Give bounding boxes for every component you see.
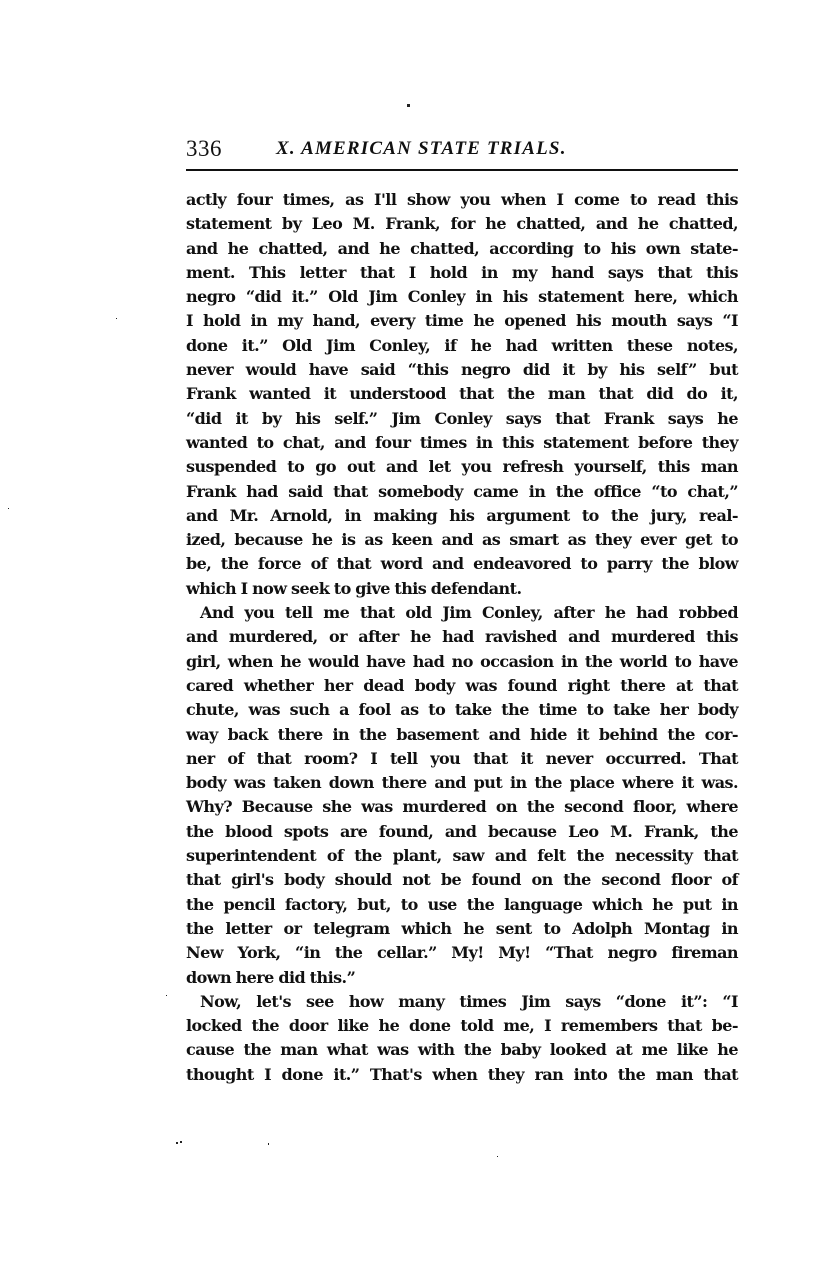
text-line: ner of that room? I tell you that it nev… bbox=[186, 747, 738, 771]
text-line: locked the door like he done told me, I … bbox=[186, 1014, 738, 1038]
text-line: suspended to go out and let you refresh … bbox=[186, 455, 738, 479]
text-line: down here did this.” bbox=[186, 966, 738, 990]
body-text: actly four times, as I'll show you when … bbox=[186, 188, 738, 1087]
page-number: 336 bbox=[186, 136, 222, 162]
running-title: X. AMERICAN STATE TRIALS. bbox=[276, 138, 567, 160]
text-line: and he chatted, and he chatted, accordin… bbox=[186, 237, 738, 261]
text-line: superintendent of the plant, saw and fel… bbox=[186, 844, 738, 868]
page-header: 336 X. AMERICAN STATE TRIALS. bbox=[186, 130, 738, 166]
text-line: be, the force of that word and endeavore… bbox=[186, 552, 738, 576]
scan-speck bbox=[268, 1143, 269, 1145]
book-page: 336 X. AMERICAN STATE TRIALS. actly four… bbox=[186, 130, 738, 166]
scan-speck bbox=[180, 1141, 182, 1143]
text-line: cared whether her dead body was found ri… bbox=[186, 674, 738, 698]
paragraph: And you tell me that old Jim Conley, aft… bbox=[186, 601, 738, 990]
text-line: chute, was such a fool as to take the ti… bbox=[186, 698, 738, 722]
text-line: wanted to chat, and four times in this s… bbox=[186, 431, 738, 455]
text-line: actly four times, as I'll show you when … bbox=[186, 188, 738, 212]
scan-speck bbox=[8, 508, 9, 509]
text-line: negro “did it.” Old Jim Conley in his st… bbox=[186, 285, 738, 309]
text-line: Why? Because she was murdered on the sec… bbox=[186, 795, 738, 819]
text-line: ment. This letter that I hold in my hand… bbox=[186, 261, 738, 285]
text-line: the letter or telegram which he sent to … bbox=[186, 917, 738, 941]
paragraph: actly four times, as I'll show you when … bbox=[186, 188, 738, 601]
text-line: And you tell me that old Jim Conley, aft… bbox=[186, 601, 738, 625]
text-line: “did it by his self.” Jim Conley says th… bbox=[186, 407, 738, 431]
paragraph: Now, let's see how many times Jim says “… bbox=[186, 990, 738, 1087]
text-line: cause the man what was with the baby loo… bbox=[186, 1038, 738, 1062]
header-rule bbox=[186, 169, 738, 171]
text-line: statement by Leo M. Frank, for he chatte… bbox=[186, 212, 738, 236]
text-line: the pencil factory, but, to use the lang… bbox=[186, 893, 738, 917]
text-line: that girl's body should not be found on … bbox=[186, 868, 738, 892]
scan-speck bbox=[407, 104, 410, 107]
text-line: girl, when he would have had no occasion… bbox=[186, 650, 738, 674]
scan-speck bbox=[497, 1156, 498, 1157]
text-line: body was taken down there and put in the… bbox=[186, 771, 738, 795]
text-line: which I now seek to give this defendant. bbox=[186, 577, 738, 601]
text-line: Frank had said that somebody came in the… bbox=[186, 480, 738, 504]
text-line: ized, because he is as keen and as smart… bbox=[186, 528, 738, 552]
text-line: I hold in my hand, every time he opened … bbox=[186, 309, 738, 333]
text-line: thought I done it.” That's when they ran… bbox=[186, 1063, 738, 1087]
text-line: way back there in the basement and hide … bbox=[186, 723, 738, 747]
scan-speck bbox=[176, 1142, 178, 1144]
text-line: and Mr. Arnold, in making his argument t… bbox=[186, 504, 738, 528]
text-line: never would have said “this negro did it… bbox=[186, 358, 738, 382]
text-line: Now, let's see how many times Jim says “… bbox=[186, 990, 738, 1014]
text-line: the blood spots are found, and because L… bbox=[186, 820, 738, 844]
text-line: New York, “in the cellar.” My! My! “That… bbox=[186, 941, 738, 965]
text-line: Frank wanted it understood that the man … bbox=[186, 382, 738, 406]
scan-speck bbox=[166, 995, 167, 996]
text-line: and murdered, or after he had ravished a… bbox=[186, 625, 738, 649]
text-line: done it.” Old Jim Conley, if he had writ… bbox=[186, 334, 738, 358]
scan-speck bbox=[116, 318, 117, 319]
